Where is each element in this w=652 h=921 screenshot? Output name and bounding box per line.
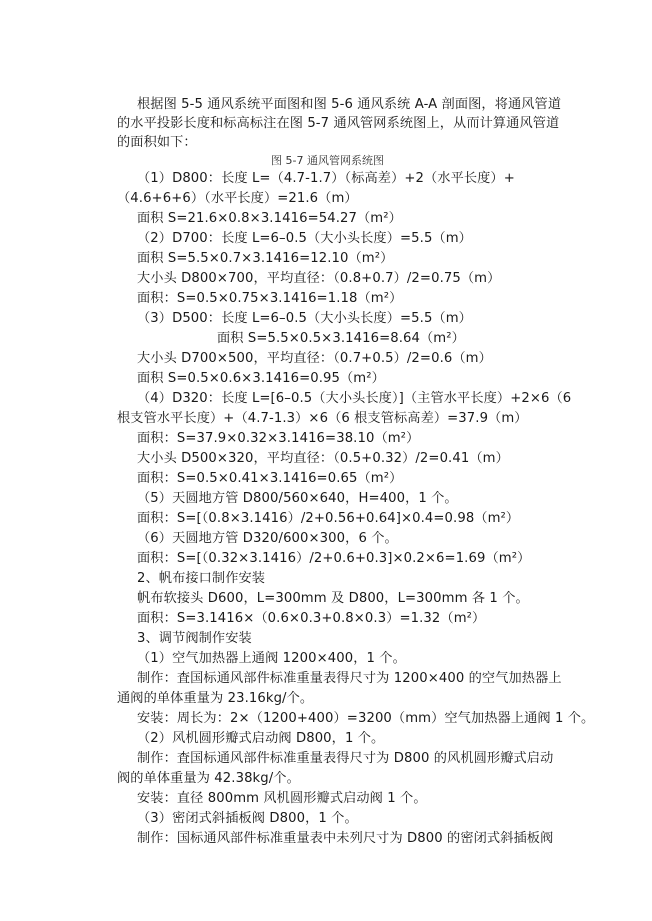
text-line: 帆布软接头 D600，L=300mm 及 D800，L=300mm 各 1 个。 xyxy=(137,590,529,608)
text-line: 面积：S=[（0.32×3.1416）/2+0.6+0.3]×0.2×6=1.6… xyxy=(137,550,530,568)
text-line: 面积 S=5.5×0.7×3.1416=12.10（m²） xyxy=(137,250,393,268)
text-line: （4）D320：长度 L=[6–0.5（大小头长度）]（主管水平长度）+2×6（… xyxy=(137,390,571,408)
text-line: （1）空气加热器上通阀 1200×400，1 个。 xyxy=(137,650,406,668)
text-line: 3、调节阀制作安装 xyxy=(137,630,252,648)
intro-line-1: 根据图 5-5 通风系统平面图和图 5-6 通风系统 A-A 剖面图，将通风管道 xyxy=(137,96,561,114)
text-line: 面积：S=[（0.8×3.1416）/2+0.56+0.64]×0.4=0.98… xyxy=(137,510,519,528)
text-line: （4.6+6+6）（水平长度）=21.6（m） xyxy=(117,190,358,208)
intro-line-3: 的面积如下： xyxy=(117,134,197,152)
text-line: 2、帆布接口制作安装 xyxy=(137,570,265,588)
text-line: （3）D500：长度 L=6–0.5（大小头长度）=5.5（m） xyxy=(137,310,472,328)
text-line: 制作：国标通风部件标准重量表中未列尺寸为 D800 的密闭式斜插板阀 xyxy=(137,830,553,848)
text-line: 面积：S=0.5×0.75×3.1416=1.18（m²） xyxy=(137,290,402,308)
text-line: 面积：S=3.1416×（0.6×0.3+0.8×0.3）=1.32（m²） xyxy=(137,610,485,628)
text-line: （1）D800：长度 L=（4.7-1.7）（标高差）+2（水平长度）+ xyxy=(137,170,515,188)
text-line: （2）风机圆形瓣式启动阀 D800，1 个。 xyxy=(137,730,384,748)
text-line: 安装：直径 800mm 风机圆形瓣式启动阀 1 个。 xyxy=(137,790,427,808)
text-line: 安装：周长为：2×（1200+400）=3200（mm）空气加热器上通阀 1 个… xyxy=(137,710,594,728)
text-line: 面积 S=0.5×0.6×3.1416=0.95（m²） xyxy=(137,370,385,388)
text-line: 制作：査国标通风部件标准重量表得尺寸为 1200×400 的空气加热器上 xyxy=(137,670,562,688)
text-line: 大小头 D700×500，平均直径：（0.7+0.5）/2=0.6（m） xyxy=(137,350,492,368)
document-page: 根据图 5-5 通风系统平面图和图 5-6 通风系统 A-A 剖面图，将通风管道… xyxy=(0,0,652,921)
text-line: 阀的单体重量为 42.38kg/个。 xyxy=(117,770,300,788)
intro-line-2: 的水平投影长度和标高标注在图 5-7 通风管网系统图上，从而计算通风管道 xyxy=(117,115,559,133)
text-line: 通阀的单体重量为 23.16kg/个。 xyxy=(117,690,313,708)
text-line: 制作：査国标通风部件标准重量表得尺寸为 D800 的风机圆形瓣式启动 xyxy=(137,750,553,768)
text-line: 大小头 D800×700，平均直径：（0.8+0.7）/2=0.75（m） xyxy=(137,270,500,288)
text-line: （5）天圆地方管 D800/560×640，H=400，1 个。 xyxy=(137,490,458,508)
text-line: （2）D700：长度 L=6–0.5（大小头长度）=5.5（m） xyxy=(137,230,472,248)
text-line: 面积 S=21.6×0.8×3.1416=54.27（m²） xyxy=(137,210,402,228)
text-line: 根支管水平长度）+（4.7-1.3）×6（6 根支管标高差）=37.9（m） xyxy=(117,410,528,428)
text-line: 面积 S=5.5×0.5×3.1416=8.64（m²） xyxy=(217,330,465,348)
text-line: 大小头 D500×320，平均直径：（0.5+0.32）/2=0.41（m） xyxy=(137,450,509,468)
text-line: 面积：S=0.5×0.41×3.1416=0.65（m²） xyxy=(137,470,402,488)
text-line: （6）天圆地方管 D320/600×300，6 个。 xyxy=(137,530,398,548)
text-line: 面积：S=37.9×0.32×3.1416=38.10（m²） xyxy=(137,430,419,448)
figure-caption: 图 5-7 通风管网系统图 xyxy=(271,152,384,168)
text-line: （3）密闭式斜插板阀 D800，1 个。 xyxy=(137,810,358,828)
